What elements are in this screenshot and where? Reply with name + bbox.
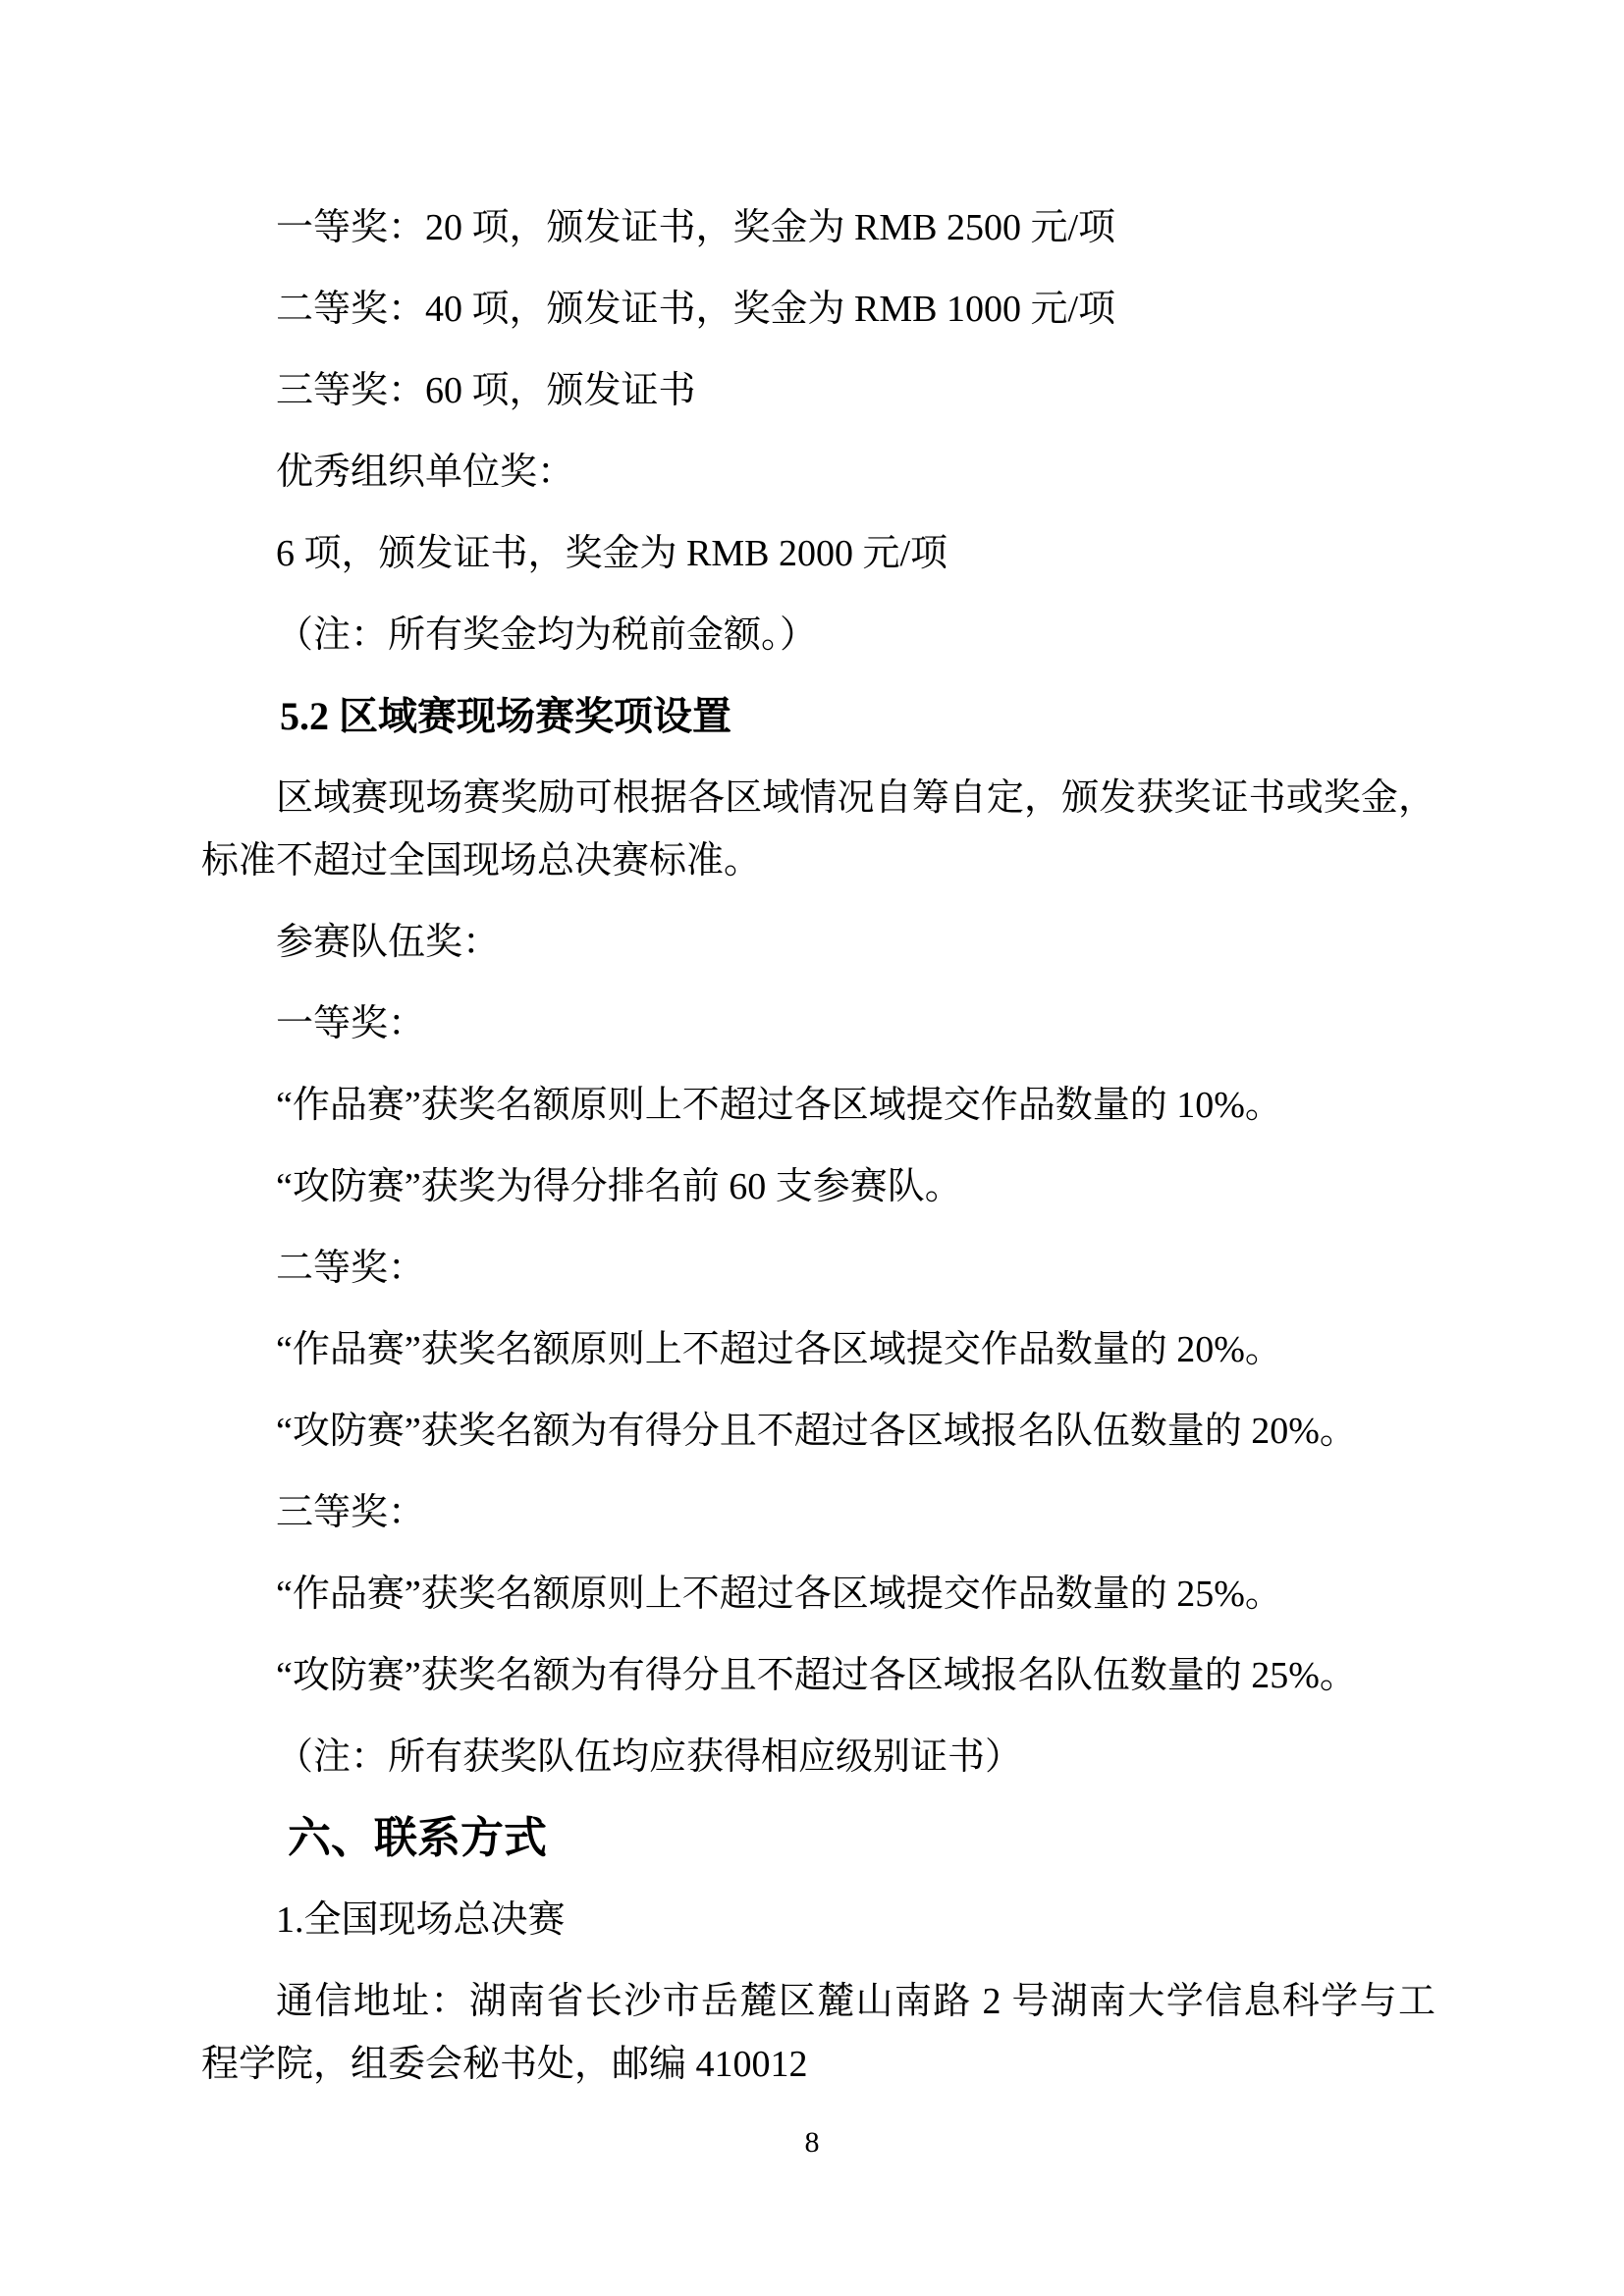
page-number: 8: [0, 2123, 1624, 2163]
text-line: “作品赛”获奖名额原则上不超过各区域提交作品数量的 20%。: [201, 1318, 1435, 1381]
body-paragraph: 1.全国现场总决赛: [201, 1889, 1435, 1951]
body-paragraph: “作品赛”获奖名额原则上不超过各区域提交作品数量的 10%。: [201, 1074, 1435, 1137]
body-paragraph: “攻防赛”获奖名额为有得分且不超过各区域报名队伍数量的 20%。: [201, 1400, 1435, 1463]
text-line: “攻防赛”获奖为得分排名前 60 支参赛队。: [201, 1155, 1435, 1218]
text-line: 通信地址：湖南省长沙市岳麓区麓山南路 2 号湖南大学信息科学与工: [201, 1970, 1435, 2033]
text-line: 一等奖：: [201, 992, 1435, 1055]
body-paragraph: “作品赛”获奖名额原则上不超过各区域提交作品数量的 25%。: [201, 1563, 1435, 1626]
body-paragraph: （注：所有奖金均为税前金额。）: [201, 604, 1435, 667]
body-paragraph: “攻防赛”获奖为得分排名前 60 支参赛队。: [201, 1155, 1435, 1218]
body-paragraph: 参赛队伍奖：: [201, 911, 1435, 974]
text-line: 三等奖：: [201, 1481, 1435, 1544]
body-paragraph: 一等奖：: [201, 992, 1435, 1055]
text-line: 标准不超过全国现场总决赛标准。: [201, 829, 1435, 892]
text-line: 1.全国现场总决赛: [201, 1889, 1435, 1951]
text-line: “作品赛”获奖名额原则上不超过各区域提交作品数量的 25%。: [201, 1563, 1435, 1626]
body-paragraph: 区域赛现场赛奖励可根据各区域情况自筹自定，颁发获奖证书或奖金，标准不超过全国现场…: [201, 767, 1435, 892]
document-content: 一等奖：20 项，颁发证书，奖金为 RMB 2500 元/项二等奖：40 项，颁…: [201, 196, 1435, 2114]
text-line: （注：所有奖金均为税前金额。）: [201, 604, 1435, 667]
document-page: 一等奖：20 项，颁发证书，奖金为 RMB 2500 元/项二等奖：40 项，颁…: [0, 0, 1624, 2296]
body-paragraph: “作品赛”获奖名额原则上不超过各区域提交作品数量的 20%。: [201, 1318, 1435, 1381]
text-line: （注：所有获奖队伍均应获得相应级别证书）: [201, 1726, 1435, 1789]
section-heading: 六、联系方式: [201, 1807, 1435, 1870]
text-line: “攻防赛”获奖名额为有得分且不超过各区域报名队伍数量的 20%。: [201, 1400, 1435, 1463]
text-line: 六、联系方式: [201, 1807, 1435, 1870]
text-line: “攻防赛”获奖名额为有得分且不超过各区域报名队伍数量的 25%。: [201, 1644, 1435, 1707]
text-line: “作品赛”获奖名额原则上不超过各区域提交作品数量的 10%。: [201, 1074, 1435, 1137]
body-paragraph: 通信地址：湖南省长沙市岳麓区麓山南路 2 号湖南大学信息科学与工程学院，组委会秘…: [201, 1970, 1435, 2096]
text-line: 参赛队伍奖：: [201, 911, 1435, 974]
text-line: 程学院，组委会秘书处，邮编 410012: [201, 2033, 1435, 2096]
body-paragraph: 优秀组织单位奖：: [201, 441, 1435, 504]
body-paragraph: “攻防赛”获奖名额为有得分且不超过各区域报名队伍数量的 25%。: [201, 1644, 1435, 1707]
body-paragraph: 二等奖：40 项，颁发证书，奖金为 RMB 1000 元/项: [201, 278, 1435, 341]
body-paragraph: 三等奖：: [201, 1481, 1435, 1544]
text-line: 三等奖：60 项，颁发证书: [201, 359, 1435, 422]
body-paragraph: 一等奖：20 项，颁发证书，奖金为 RMB 2500 元/项: [201, 196, 1435, 259]
text-line: 6 项，颁发证书，奖金为 RMB 2000 元/项: [201, 522, 1435, 585]
text-line: 二等奖：: [201, 1237, 1435, 1300]
text-line: 优秀组织单位奖：: [201, 441, 1435, 504]
body-paragraph: 二等奖：: [201, 1237, 1435, 1300]
text-line: 二等奖：40 项，颁发证书，奖金为 RMB 1000 元/项: [201, 278, 1435, 341]
text-line: 区域赛现场赛奖励可根据各区域情况自筹自定，颁发获奖证书或奖金，: [201, 767, 1435, 829]
body-paragraph: 三等奖：60 项，颁发证书: [201, 359, 1435, 422]
text-line: 5.2 区域赛现场赛奖项设置: [201, 685, 1435, 748]
section-heading: 5.2 区域赛现场赛奖项设置: [201, 685, 1435, 748]
body-paragraph: （注：所有获奖队伍均应获得相应级别证书）: [201, 1726, 1435, 1789]
text-line: 一等奖：20 项，颁发证书，奖金为 RMB 2500 元/项: [201, 196, 1435, 259]
body-paragraph: 6 项，颁发证书，奖金为 RMB 2000 元/项: [201, 522, 1435, 585]
